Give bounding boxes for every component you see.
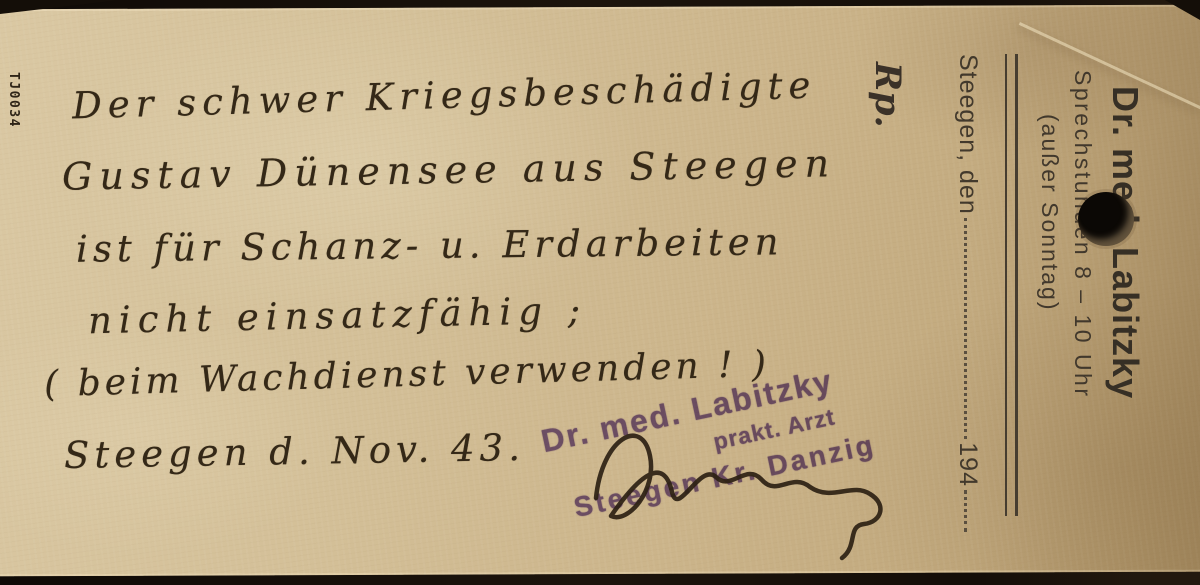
doctor-signature [0,0,1200,585]
photographed-prescription-slip: TJ0034 Dr. med. Labitzky Sprechstunden 8… [0,0,1200,585]
